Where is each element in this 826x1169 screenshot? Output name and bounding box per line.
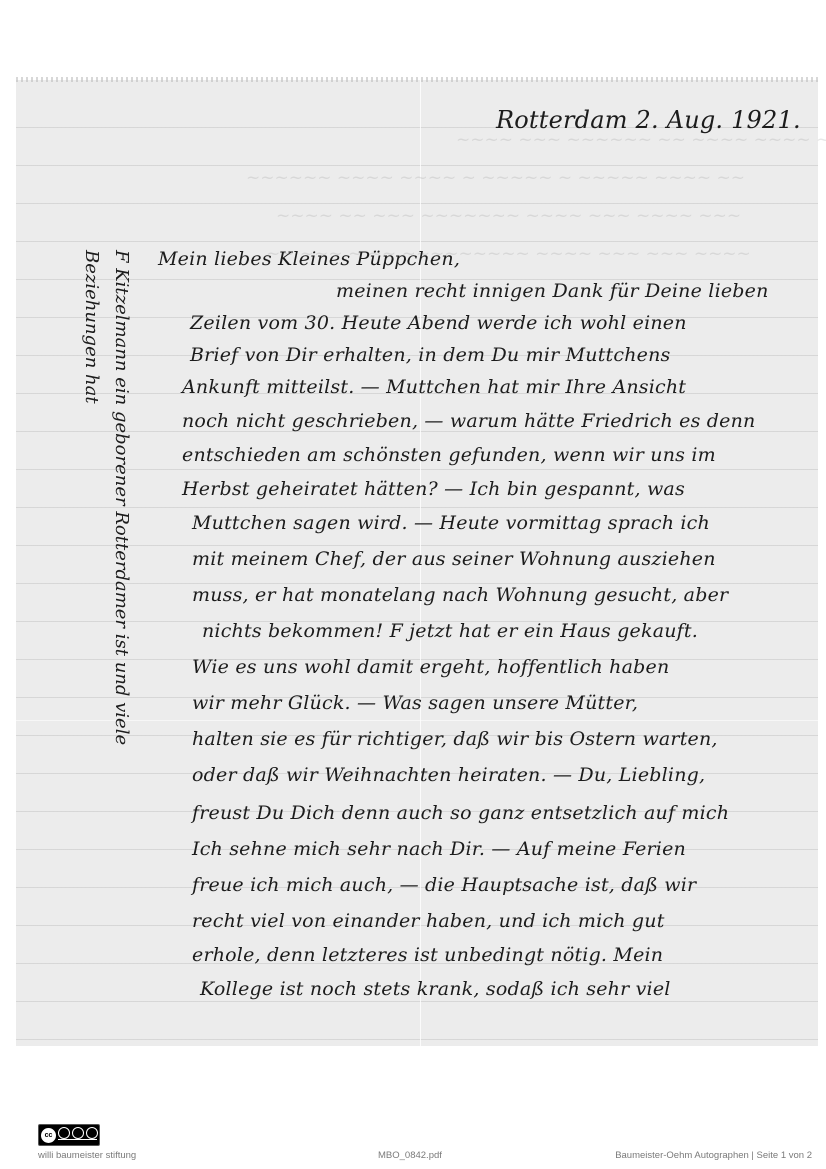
letter-line: Kollege ist noch stets krank, sodaß ich … [200, 978, 671, 1000]
letter-line: Zeilen vom 30. Heute Abend werde ich woh… [190, 312, 687, 334]
letter-dateline: Rotterdam 2. Aug. 1921. [496, 106, 801, 134]
letter-scan: ~~~~ ~~~ ~~~~~~ ~~ ~~~~ ~~~~ ~~~ ~~~~~~ … [16, 80, 818, 1046]
letter-line: noch nicht geschrieben, — warum hätte Fr… [182, 410, 756, 432]
footer-filename: MBO_0842.pdf [378, 1150, 442, 1161]
cc-icon: cc [41, 1128, 56, 1143]
by-icon [58, 1127, 70, 1139]
footer-collection-page: Baumeister-Oehm Autographen | Seite 1 vo… [615, 1150, 812, 1161]
letter-line: Herbst geheiratet hätten? — Ich bin gesp… [182, 478, 685, 500]
license-strip [58, 1139, 97, 1144]
letter-line: freust Du Dich denn auch so ganz entsetz… [192, 802, 729, 824]
letter-line: mit meinem Chef, der aus seiner Wohnung … [192, 548, 716, 570]
fold-crease-horizontal [16, 720, 818, 721]
letter-line: nichts bekommen! F jetzt hat er ein Haus… [202, 620, 698, 642]
letter-line: erhole, denn letzteres ist unbedingt nöt… [192, 944, 663, 966]
letter-line: meinen recht innigen Dank für Deine lieb… [336, 280, 769, 302]
bleed-through-text: ~~~~~~ ~~~~ ~~~~ ~ ~~~~~ ~ ~~~~~ ~~~~ ~~ [246, 168, 745, 188]
nc-icon [72, 1127, 84, 1139]
letter-line: wir mehr Glück. — Was sagen unsere Mütte… [192, 692, 638, 714]
cc-by-nc-nd-icon: cc [38, 1124, 100, 1146]
letter-line: Muttchen sagen wird. — Heute vormittag s… [192, 512, 710, 534]
letter-line: Brief von Dir erhalten, in dem Du mir Mu… [190, 344, 671, 366]
letter-salutation: Mein liebes Kleines Püppchen, [158, 248, 460, 270]
margin-note: F Kitzelmann ein geborener Rotterdamer i… [76, 250, 136, 745]
margin-note-line: F Kitzelmann ein geborener Rotterdamer i… [106, 250, 136, 745]
bleed-through-text: ~~~~ ~~ ~~~ ~~~~~~~ ~~~~ ~~~ ~~~~ ~~~ [276, 206, 741, 226]
letter-line: entschieden am schönsten gefunden, wenn … [182, 444, 716, 466]
letter-line: recht viel von einander haben, und ich m… [192, 910, 665, 932]
footer-organization: willi baumeister stiftung [38, 1150, 136, 1161]
letter-line: halten sie es für richtiger, daß wir bis… [192, 728, 718, 750]
page-footer: cc willi baumeister stiftung MBO_0842.pd… [0, 1120, 826, 1169]
nd-icon [86, 1127, 98, 1139]
letter-line: muss, er hat monatelang nach Wohnung ges… [192, 584, 728, 606]
letter-line: oder daß wir Weihnachten heiraten. — Du,… [192, 764, 705, 786]
letter-line: freue ich mich auch, — die Hauptsache is… [192, 874, 696, 896]
letter-line: Ich sehne mich sehr nach Dir. — Auf mein… [192, 838, 686, 860]
letter-line: Ankunft mitteilst. — Muttchen hat mir Ih… [182, 376, 686, 398]
margin-note-line: Beziehungen hat [76, 250, 106, 745]
letter-line: Wie es uns wohl damit ergeht, hoffentlic… [192, 656, 669, 678]
